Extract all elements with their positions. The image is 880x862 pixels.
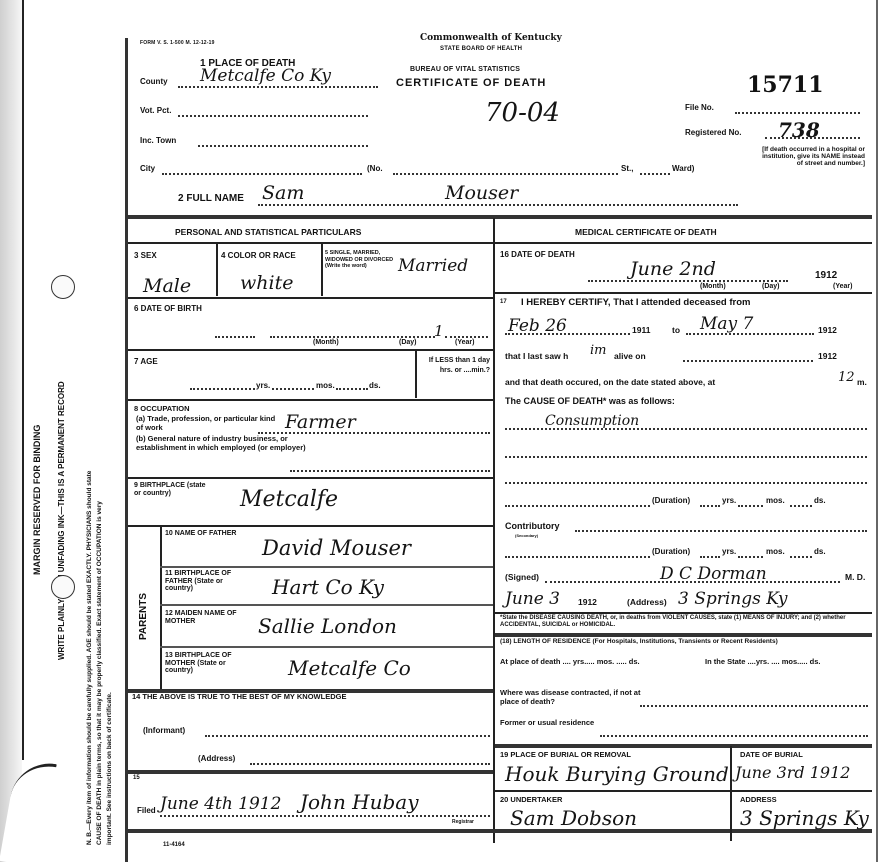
certify-text: I HEREBY CERTIFY, That I attended deceas… [521, 297, 750, 308]
duration-mos-field[interactable] [738, 505, 763, 507]
physician-address-value[interactable]: 3 Springs Ky [678, 589, 788, 609]
from-year-value[interactable]: 1911 [632, 325, 650, 335]
row-line [160, 604, 493, 606]
mother-name-label: 12 MAIDEN NAME OF MOTHER [165, 610, 245, 626]
filed-number: 15 [133, 775, 140, 781]
mother-name-value[interactable]: Sallie London [258, 614, 397, 638]
vot-pct-field[interactable] [178, 115, 368, 117]
street-no-field[interactable] [393, 173, 618, 175]
color-label: 4 COLOR OR RACE [221, 251, 296, 260]
to-year-value[interactable]: 1912 [818, 325, 837, 335]
cell-divider [321, 244, 323, 296]
row-line [128, 242, 493, 244]
registrar-caption: Registrar [452, 819, 474, 825]
signed-year-value[interactable]: 1912 [578, 597, 597, 607]
former-residence-label: Former or usual residence [500, 718, 600, 727]
row-line [128, 477, 493, 479]
file-no-field[interactable] [735, 112, 860, 114]
form-number: FORM V. S. 1-500 M. 12-12-19 [140, 40, 215, 46]
row-line [160, 566, 493, 568]
occurred-m-label: m. [857, 377, 867, 387]
color-value[interactable]: white [240, 272, 293, 294]
contrib-duration-label: (Duration) [652, 547, 690, 556]
first-name-value[interactable]: Sam [262, 182, 304, 204]
handwritten-number: 70-04 [485, 98, 560, 128]
death-certificate: MARGIN RESERVED FOR BINDING WRITE PLAINL… [0, 0, 880, 862]
cause-of-death-value[interactable]: Consumption [545, 413, 639, 429]
margin-border [22, 0, 24, 760]
death-month-caption: (Month) [700, 283, 726, 290]
undertaker-label: 20 UNDERTAKER [500, 795, 562, 804]
city-field[interactable] [162, 173, 362, 175]
punch-hole-upper [51, 275, 75, 299]
cell-divider [730, 746, 732, 841]
row-line [495, 612, 872, 614]
date-of-death-value[interactable]: June 2nd [630, 258, 716, 280]
row-line [128, 399, 493, 401]
contrib-yrs-caption: yrs. [722, 547, 736, 556]
former-residence-field[interactable] [600, 735, 868, 737]
duration-yrs-field[interactable] [700, 505, 720, 507]
duration-yrs-caption: yrs. [722, 496, 736, 505]
md-label: M. D. [845, 572, 865, 582]
birthplace-label: 9 BIRTHPLACE (state or country) [134, 482, 214, 498]
in-state-label: In the State ....yrs. .... mos..... ds. [705, 656, 870, 667]
county-line [178, 86, 378, 88]
above-true-label: 14 THE ABOVE IS TRUE TO THE BEST OF MY K… [132, 692, 346, 701]
occupation-b-label: (b) General nature of industry business,… [136, 434, 306, 452]
personal-section-title: PERSONAL AND STATISTICAL PARTICULARS [175, 227, 361, 237]
margin-reserved-text: MARGIN RESERVED FOR BINDING [32, 425, 42, 575]
county-value[interactable]: Metcalfe Co Ky [200, 66, 331, 86]
duration-label: (Duration) [652, 496, 690, 505]
write-plainly-text: WRITE PLAINLY, WITH UNFADING INK—THIS IS… [57, 381, 66, 660]
duration-ds-caption: ds. [814, 496, 826, 505]
less-than-day-label: If LESS than 1 day hrs. or ....min.? [420, 356, 490, 376]
file-no-label: File No. [685, 103, 714, 112]
physician-address-label: (Address) [627, 597, 667, 607]
year-caption: (Year) [455, 339, 474, 346]
father-name-label: 10 NAME OF FATHER [165, 530, 245, 538]
instruction-note-2: CAUSE OF DEATH in plain terms, so that i… [96, 501, 103, 845]
undertaker-value[interactable]: Sam Dobson [510, 806, 637, 830]
occurred-label: and that death occured, on the date stat… [505, 377, 715, 387]
death-day-caption: (Day) [762, 283, 780, 290]
date-of-birth-label: 6 DATE OF BIRTH [134, 304, 202, 313]
informant-address-field[interactable] [250, 763, 490, 765]
cell-divider [415, 350, 417, 398]
dob-day-field[interactable] [270, 336, 435, 338]
contrib-mos-caption: mos. [766, 547, 785, 556]
mother-birthplace-value[interactable]: Metcalfe Co [288, 656, 411, 680]
scan-edge [0, 0, 22, 862]
form-right-border [876, 0, 878, 862]
medical-section-title: MEDICAL CERTIFICATE OF DEATH [575, 227, 717, 237]
age-label: 7 AGE [134, 357, 158, 366]
contrib-duration-ds-field[interactable] [790, 556, 812, 558]
row-line [495, 292, 872, 294]
at-place-label: At place of death .... yrs..... mos. ...… [500, 656, 650, 667]
section-divider [128, 215, 872, 219]
signed-date-value[interactable]: June 3 [505, 589, 560, 609]
birthplace-value[interactable]: Metcalfe [240, 487, 338, 512]
occupation-value[interactable]: Farmer [285, 411, 356, 433]
to-label: to [672, 325, 680, 335]
age-ds-caption: ds. [369, 381, 381, 390]
full-name-label: 2 FULL NAME [178, 193, 244, 204]
father-name-value[interactable]: David Mouser [262, 536, 411, 560]
alive-year-value[interactable]: 1912 [818, 351, 837, 361]
contrib-duration-yrs-field[interactable] [700, 556, 720, 558]
cell-divider [216, 244, 218, 296]
contracted-label: Where was disease contracted, if not at … [500, 688, 650, 706]
alive-on-label: alive on [614, 351, 646, 361]
contracted-field[interactable] [640, 705, 868, 707]
board-heading: STATE BOARD OF HEALTH [440, 46, 522, 52]
informant-label: (Informant) [143, 726, 185, 735]
date-of-death-line [588, 280, 788, 282]
burial-place-label: 19 PLACE OF BURIAL OR REMOVAL [500, 750, 631, 759]
death-year-caption: (Year) [833, 283, 852, 290]
punch-hole-lower [51, 575, 75, 599]
last-saw-label: that I last saw h [505, 351, 568, 361]
row-line [160, 646, 493, 648]
occupation-label: 8 OCCUPATION [134, 404, 190, 413]
duration-lead-line [505, 505, 650, 507]
age-yrs-caption: yrs. [256, 381, 270, 390]
burial-date-label: DATE OF BURIAL [740, 750, 803, 759]
filed-label: Filed [137, 806, 156, 815]
age-days-field[interactable] [336, 388, 368, 390]
row-line [128, 770, 493, 774]
burial-place-value[interactable]: Houk Burying Ground [505, 762, 729, 786]
row-line [495, 744, 872, 748]
duration-ds-field[interactable] [790, 505, 812, 507]
informant-address-label: (Address) [198, 754, 235, 763]
undertaker-address-value[interactable]: 3 Springs Ky [740, 806, 869, 830]
instruction-note-3: important. See instructions on back of c… [106, 692, 113, 845]
undertaker-address-label: ADDRESS [740, 795, 777, 804]
date-of-death-label: 16 DATE OF DEATH [500, 250, 575, 259]
row-line [495, 790, 872, 792]
father-birthplace-value[interactable]: Hart Co Ky [272, 575, 384, 599]
filed-date-value[interactable]: June 4th 1912 [160, 794, 281, 814]
parents-divider [160, 526, 162, 691]
column-divider [493, 218, 495, 843]
burial-date-value[interactable]: June 3rd 1912 [735, 763, 850, 782]
contrib-duration-mos-field[interactable] [738, 556, 763, 558]
contrib-ds-caption: ds. [814, 547, 826, 556]
cause-of-death-label: The CAUSE OF DEATH* was as follows: [505, 396, 675, 406]
cause-line-3[interactable] [505, 482, 867, 484]
row-line [128, 349, 493, 351]
cause-footnote: *State the DISEASE CAUSING DEATH, or, in… [500, 615, 872, 629]
dob-month-field[interactable] [215, 336, 255, 338]
filed-line [160, 815, 490, 817]
month-caption: (Month) [313, 339, 339, 346]
row-line [495, 633, 872, 637]
sex-value[interactable]: Male [143, 275, 191, 297]
certificate-stamp-number: 15711 [747, 72, 824, 98]
attended-to-value[interactable]: May 7 [700, 314, 753, 334]
secondary-caption: (Secondary) [515, 533, 538, 538]
certificate-title: CERTIFICATE OF DEATH [396, 77, 546, 89]
row-line [128, 525, 493, 527]
ward-label: Ward) [672, 164, 694, 173]
father-birthplace-label: 11 BIRTHPLACE OF FATHER (State or countr… [165, 570, 250, 593]
age-years-field[interactable] [190, 388, 255, 390]
footer-code: 11-4164 [163, 842, 185, 848]
dob-year-value[interactable]: 1 [434, 322, 444, 340]
row-line [495, 242, 872, 244]
death-year-value[interactable]: 1912 [815, 270, 837, 281]
day-caption: (Day) [399, 339, 417, 346]
marital-label: 5 SINGLE, MARRIED, WIDOWED OR DIVORCED (… [325, 250, 405, 270]
mother-birthplace-label: 13 BIRTHPLACE OF MOTHER (State or countr… [165, 652, 250, 675]
street-label: St., [621, 164, 633, 173]
signed-label: (Signed) [505, 572, 539, 582]
contributory-label: Contributory [505, 521, 560, 531]
last-saw-value[interactable]: im [590, 343, 607, 358]
attended-from-line [505, 333, 630, 335]
registrar-name-value[interactable]: John Hubay [300, 790, 419, 814]
vot-pct-label: Vot. Pct. [140, 106, 171, 115]
cause-line-2[interactable] [505, 456, 867, 458]
inc-town-field[interactable] [198, 145, 368, 147]
last-saw-date-field[interactable] [683, 360, 813, 362]
full-name-line [258, 204, 738, 206]
county-label: County [140, 77, 168, 86]
informant-field[interactable] [205, 735, 490, 737]
physician-signature[interactable]: D C Dorman [660, 564, 767, 584]
marital-value[interactable]: Married [398, 256, 468, 276]
contrib-duration-lead-line [505, 556, 650, 558]
registered-no-label: Registered No. [685, 128, 741, 137]
form-left-border [125, 38, 128, 862]
duration-mos-caption: mos. [766, 496, 785, 505]
occupation-a-label: (a) Trade, profession, or particular kin… [136, 414, 276, 432]
contributory-field[interactable] [575, 530, 867, 532]
sex-label: 3 SEX [134, 251, 157, 260]
age-months-field[interactable] [272, 388, 314, 390]
inc-town-label: Inc. Town [140, 136, 176, 145]
employer-field[interactable] [290, 470, 490, 472]
instruction-note-1: N. B.—Every item of information should b… [86, 471, 93, 845]
hospital-note: [If death occurred in a hospital or inst… [755, 146, 865, 167]
registered-no-value[interactable]: 738 [778, 118, 820, 142]
occurred-time-value[interactable]: 12 [838, 370, 855, 385]
residence-label: (18) LENGTH OF RESIDENCE (For Hospitals,… [500, 638, 870, 646]
city-label: City [140, 164, 155, 173]
ward-field[interactable] [640, 173, 670, 175]
last-name-value[interactable]: Mouser [445, 182, 518, 204]
age-mos-caption: mos. [316, 381, 335, 390]
commonwealth-heading: Commonwealth of Kentucky [420, 33, 562, 43]
row-line [128, 297, 493, 299]
attended-to-line [686, 333, 814, 335]
certify-number: 17 [500, 299, 507, 305]
street-no-label: (No. [367, 164, 383, 173]
dob-year-line [445, 336, 488, 338]
parents-label: PARENTS [138, 593, 149, 640]
bureau-heading: BUREAU OF VITAL STATISTICS [410, 66, 520, 73]
